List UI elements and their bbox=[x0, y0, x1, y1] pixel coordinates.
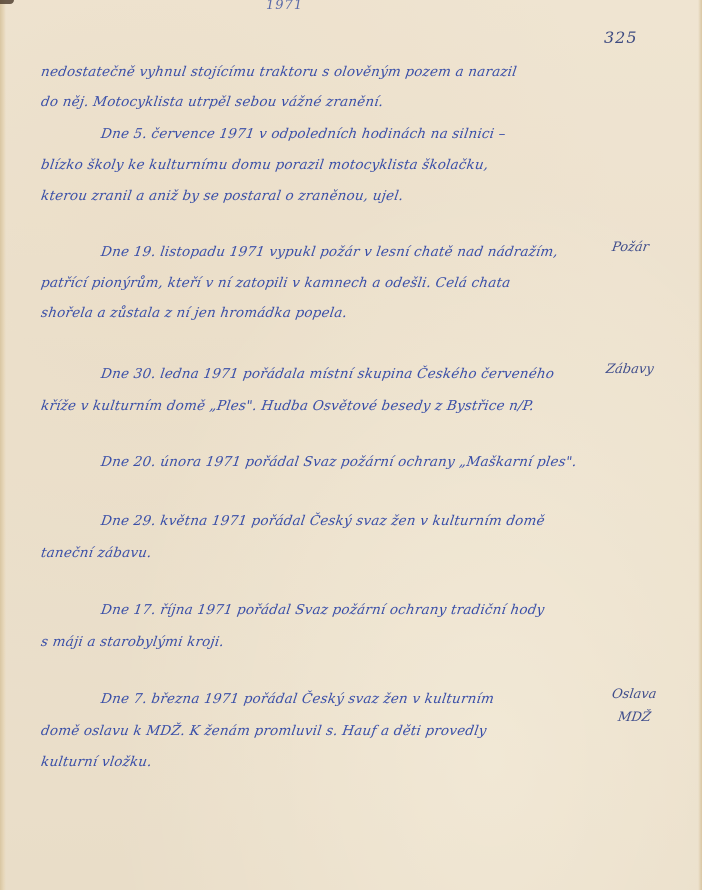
page-left-edge bbox=[0, 0, 6, 890]
text-line: Dne 5. července 1971 v odpoledních hodin… bbox=[100, 126, 507, 142]
text-line: nedostatečně vyhnul stojícímu traktoru s… bbox=[40, 64, 518, 80]
text-line: kterou zranil a aniž by se postaral o zr… bbox=[40, 188, 404, 204]
text-line: Dne 17. října 1971 pořádal Svaz požární … bbox=[100, 602, 546, 618]
text-line: taneční zábavu. bbox=[40, 545, 153, 561]
text-line: kříže v kulturním domě „Ples". Hudba Osv… bbox=[40, 398, 535, 414]
text-line: Dne 7. března 1971 pořádal Český svaz že… bbox=[100, 691, 495, 707]
page-number: 325 bbox=[604, 28, 638, 47]
margin-note-womens-day-line1: Oslava bbox=[611, 687, 657, 702]
text-line: s máji a starobylými kroji. bbox=[40, 634, 225, 650]
text-line: do něj. Motocyklista utrpěl sebou vážné … bbox=[40, 94, 384, 110]
text-line: Dne 19. listopadu 1971 vypukl požár v le… bbox=[100, 244, 559, 260]
page-right-edge bbox=[698, 0, 702, 890]
text-line: Dne 30. ledna 1971 pořádala místní skupi… bbox=[100, 366, 555, 382]
text-line: Dne 20. února 1971 pořádal Svaz požární … bbox=[100, 454, 578, 470]
text-line: patřící pionýrům, kteří v ní zatopili v … bbox=[40, 275, 512, 291]
document-page: 1971 325 nedostatečně vyhnul stojícímu t… bbox=[0, 0, 702, 890]
margin-note-entertainment: Zábavy bbox=[605, 362, 655, 377]
year-header: 1971 bbox=[266, 0, 303, 13]
margin-note-fire: Požár bbox=[611, 240, 650, 255]
text-line: domě oslavu k MDŽ. K ženám promluvil s. … bbox=[40, 723, 488, 739]
text-line: Dne 29. května 1971 pořádal Český svaz ž… bbox=[100, 513, 546, 529]
text-line: blízko školy ke kulturnímu domu porazil … bbox=[40, 157, 490, 173]
text-line: shořela a zůstala z ní jen hromádka pope… bbox=[40, 305, 348, 321]
page-corner bbox=[0, 0, 14, 4]
margin-note-womens-day-line2: MDŽ bbox=[617, 710, 652, 725]
text-line: kulturní vložku. bbox=[40, 754, 153, 770]
